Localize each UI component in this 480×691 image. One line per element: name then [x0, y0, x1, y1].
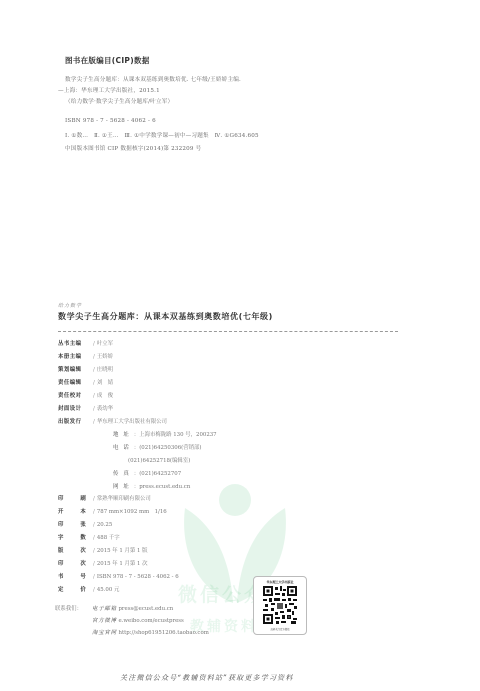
- cip-line-1: 数学尖子生高分题库：从课本双基练到奥数培优. 七年级/王娇娇主编.: [65, 75, 241, 83]
- credit-value: 裘幼华: [97, 406, 113, 412]
- book-title: 数学尖子生高分题库：从课本双基练到奥数培优(七年级): [58, 311, 273, 322]
- spec-row: 版次/2015 年 1 月第 1 版: [58, 546, 148, 554]
- cip-record-number: 中国版本图书馆 CIP 数据核字(2014)第 232209 号: [65, 144, 201, 152]
- publisher-phone-2: (021)64252718(编辑室): [128, 456, 190, 464]
- qr-caption: 扫码关注官方微信: [254, 627, 306, 631]
- credit-value: 成 俊: [97, 393, 113, 399]
- cip-title: 图书在版编目(CIP)数据: [65, 55, 150, 66]
- spec-row: 定价/45.00 元: [58, 585, 119, 593]
- credit-value: 刘 婧: [97, 380, 113, 386]
- credit-row: 责任编辑/刘 婧: [58, 378, 113, 386]
- credit-value: 王娇娇: [97, 354, 113, 360]
- credit-label: 本册主编: [58, 352, 91, 360]
- publisher-address: 地址：上海市梅陇路 130 号，200237: [113, 430, 217, 438]
- credit-row: 策划编辑/庄晓明: [58, 365, 113, 373]
- cip-isbn: ISBN 978 - 7 - 5628 - 4062 - 6: [65, 118, 156, 124]
- credit-row: 封面设计/裘幼华: [58, 404, 113, 412]
- cip-line-2: —上海：华东理工大学出版社，2015.1: [58, 86, 160, 94]
- credit-label: 封面设计: [58, 404, 91, 412]
- qr-code-icon: [263, 586, 297, 624]
- publisher-fax: 传真：(021)64252707: [113, 469, 181, 477]
- credit-label: 责任校对: [58, 391, 91, 399]
- credit-value: 华东理工大学出版社有限公司: [97, 419, 167, 425]
- qr-code-card: 华东理工大学出版社 扫码关注官方微信: [253, 576, 307, 635]
- spec-row: 印次/2015 年 1 月第 1 次: [58, 559, 148, 567]
- series-name: 给力数学: [58, 302, 82, 309]
- contact-weibo: 官方微博 e.weibo.com/ecustpress: [92, 616, 184, 624]
- credit-value: 叶立军: [97, 341, 113, 347]
- cip-classification: Ⅰ. ①数… Ⅱ. ①王… Ⅲ. ①中学数学课—初中—习题集 Ⅳ. ①G634.…: [65, 131, 259, 139]
- credit-row-publisher: 出版发行/华东理工大学出版社有限公司: [58, 417, 167, 425]
- credit-row: 本册主编/王娇娇: [58, 352, 113, 360]
- spec-row: 字数/488 千字: [58, 533, 120, 541]
- cip-line-3: （给力数学·数学尖子生高分题库/叶立军）: [65, 97, 173, 105]
- spec-row: 印刷/常熟华顺印刷有限公司: [58, 494, 151, 502]
- publisher-phone: 电话：(021)64250306(营销部): [113, 443, 202, 451]
- credit-label: 责任编辑: [58, 378, 91, 386]
- contact-taobao: 淘宝官网 http://shop61951206.taobao.com: [92, 628, 209, 636]
- credit-row: 丛书主编/叶立军: [58, 339, 113, 347]
- credit-label: 策划编辑: [58, 365, 91, 373]
- publisher-website: 网址：press.ecust.edu.cn: [113, 482, 190, 490]
- spec-row: 印张/20.25: [58, 520, 112, 528]
- footer-note: 关注微信公众号“教辅资料站”获取更多学习资料: [120, 673, 294, 683]
- credit-row: 责任校对/成 俊: [58, 391, 113, 399]
- credit-label: 出版发行: [58, 417, 91, 425]
- credit-value: 庄晓明: [97, 367, 113, 373]
- qr-header: 华东理工大学出版社: [254, 580, 306, 584]
- credit-label: 丛书主编: [58, 339, 91, 347]
- contact-heading: 联系我们：: [55, 604, 82, 612]
- contact-email: 电子邮箱 press@ecust.edu.cn: [92, 604, 173, 612]
- spec-row: 开本/787 mm×1092 mm 1/16: [58, 507, 167, 515]
- spec-row: 书号/ISBN 978 - 7 - 5628 - 4062 - 6: [58, 572, 179, 580]
- dotted-divider: [58, 331, 398, 332]
